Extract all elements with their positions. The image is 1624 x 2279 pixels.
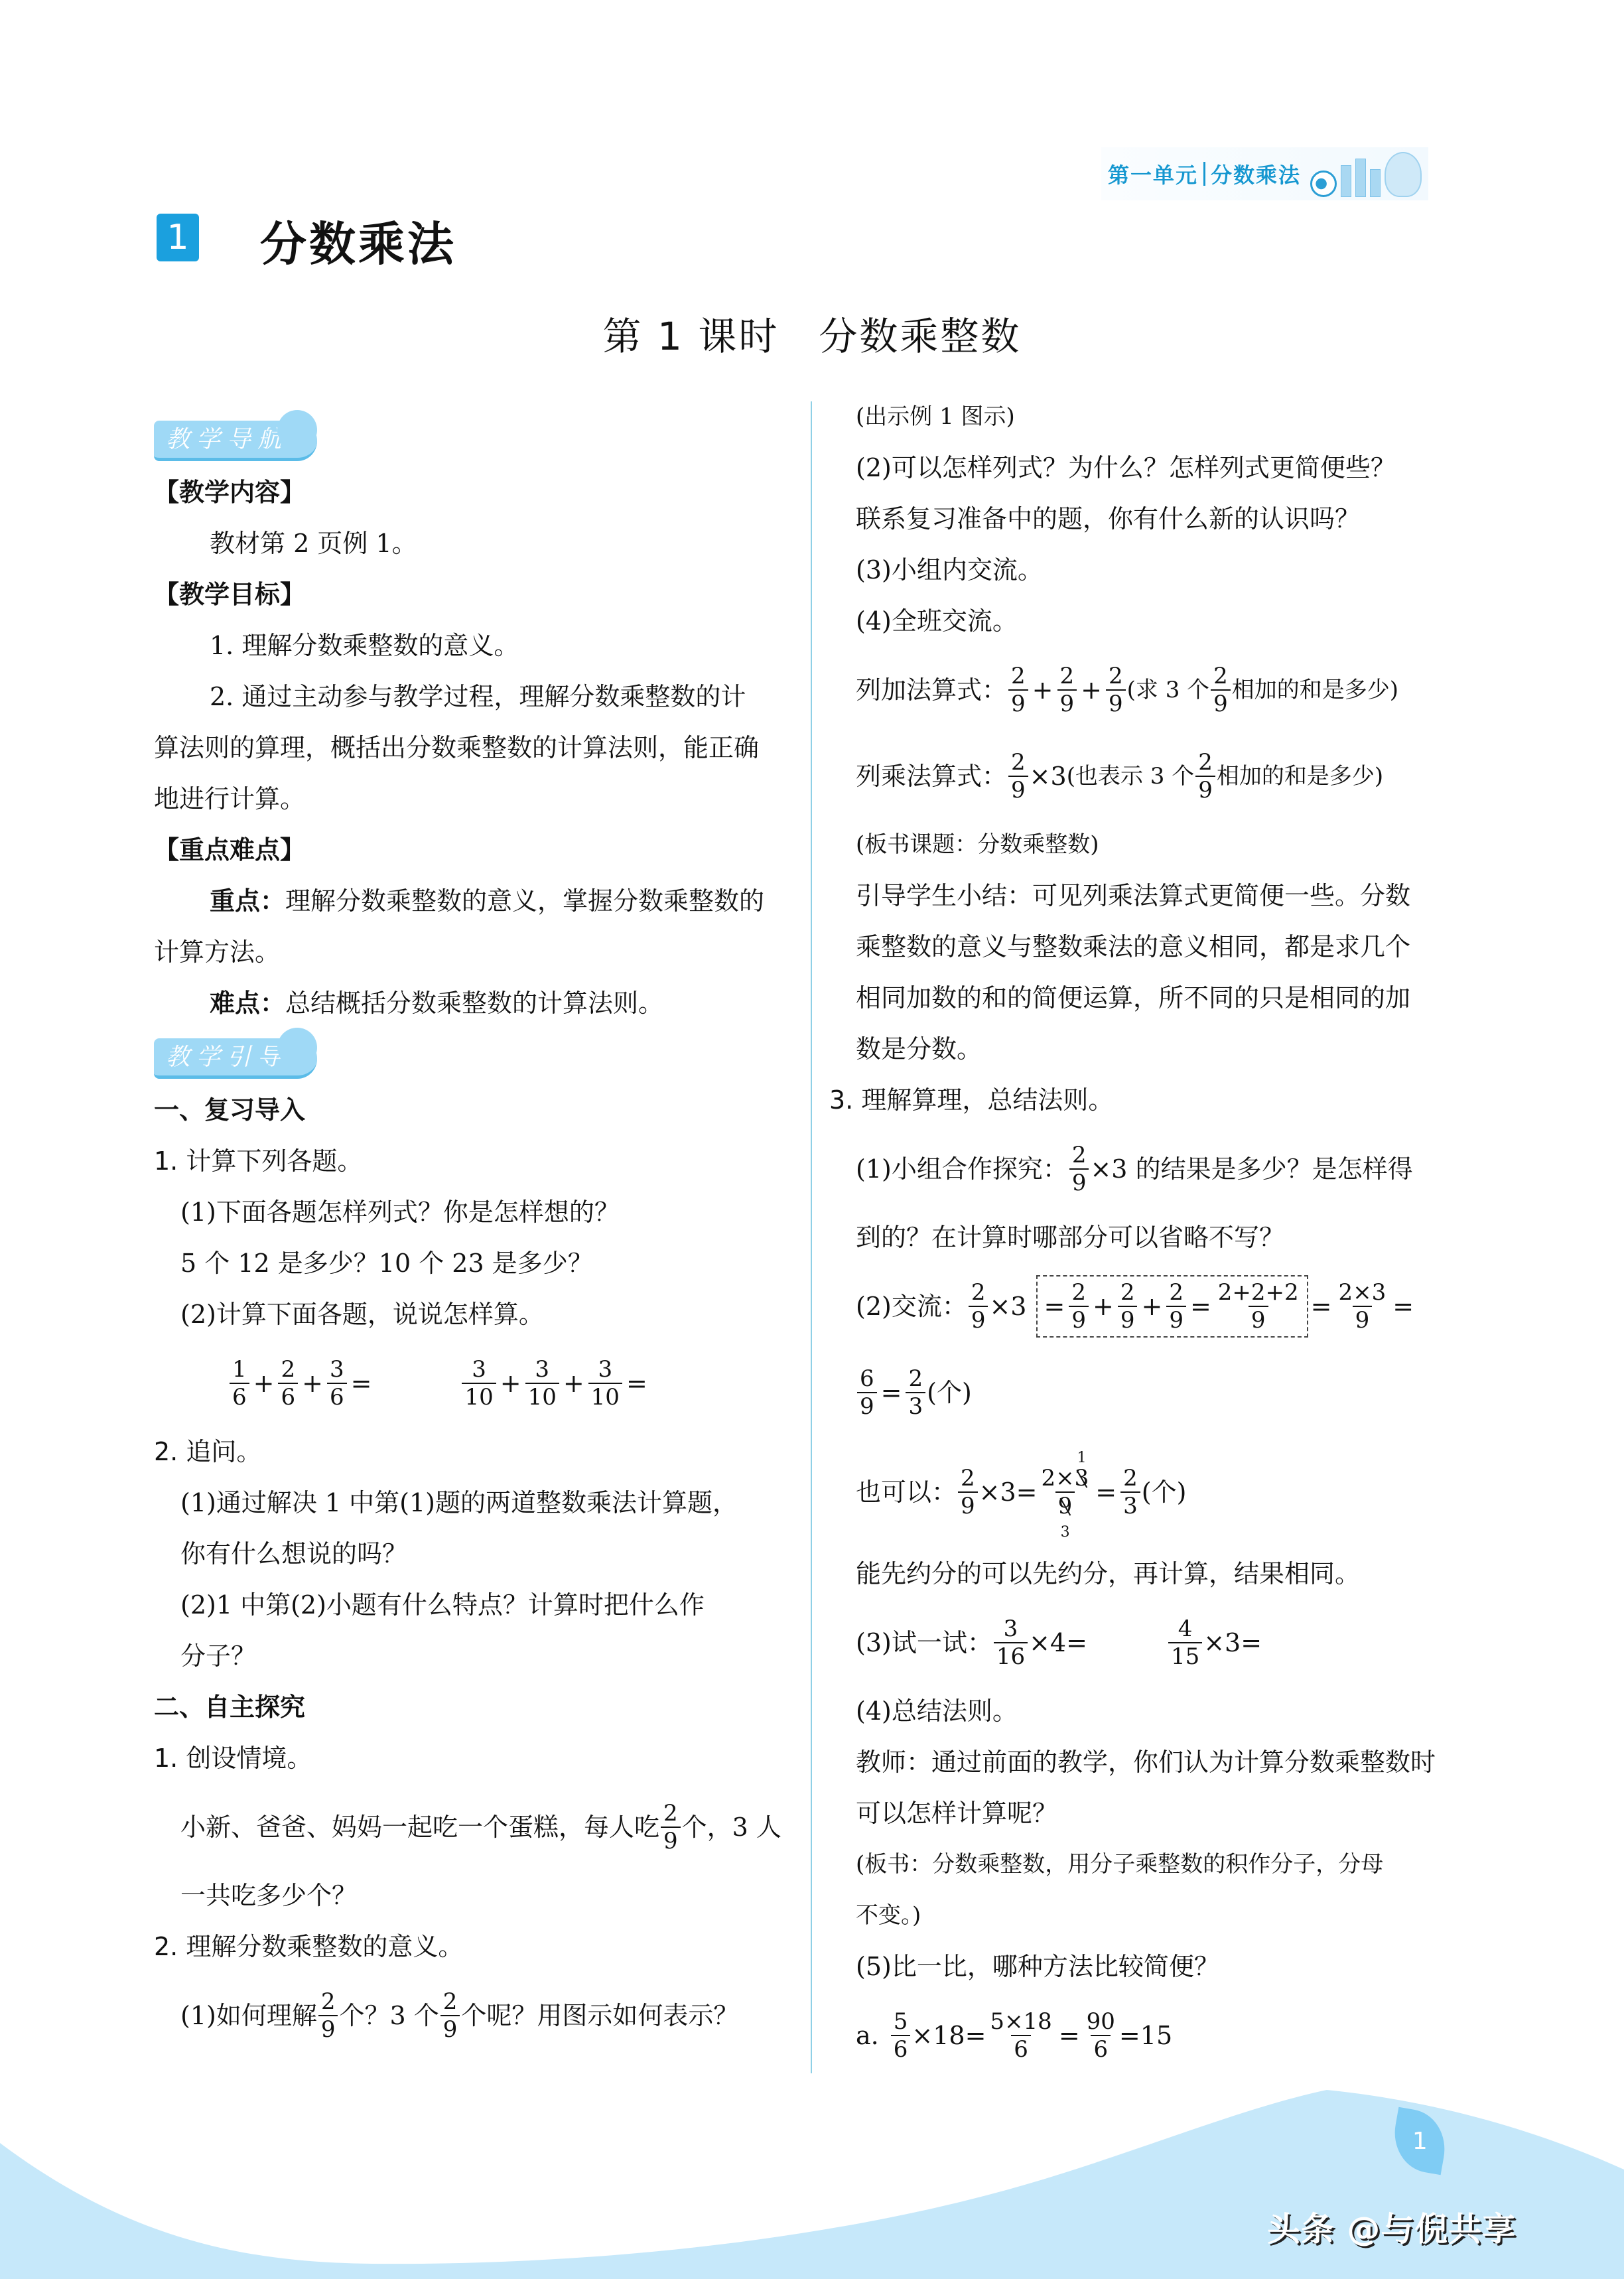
review-q2: (2)计算下面各题，说说怎样算。 bbox=[154, 1289, 801, 1340]
fraction: 29 bbox=[1195, 749, 1215, 803]
followup-q2-cont: 分子？ bbox=[154, 1631, 801, 1682]
addition-expression: 列加法算式： 29 + 29 + 29 (求 3 个 29 相加的和是多少) bbox=[856, 647, 1473, 733]
review-q1: (1)下面各题怎样列式？你是怎样想的？ bbox=[154, 1187, 801, 1238]
followup-q2: (2)1 中第(2)小题有什么特点？计算时把什么作 bbox=[154, 1580, 801, 1631]
fraction: 26 bbox=[278, 1356, 298, 1411]
watermark: 头条 @与倪共享 bbox=[1267, 2203, 1516, 2250]
r2-exchange: (2)交流： 29 ×3 = 29 + 29 + 29 = 2+2+29 = 2… bbox=[856, 1263, 1473, 1349]
unit-label: 第一单元 bbox=[1108, 159, 1198, 189]
multiplication-expression: 列乘法算式： 29 ×3 (也表示 3 个 29 相加的和是多少) bbox=[856, 733, 1473, 819]
fraction: 16 bbox=[230, 1356, 249, 1411]
books-icon bbox=[1355, 159, 1366, 197]
unit-topic: 分数乘法 bbox=[1211, 159, 1301, 189]
left-column: 教学导航 【教学内容】 教材第 2 页例 1。 【教学目标】 1. 理解分数乘整… bbox=[154, 411, 801, 2059]
fraction: 29 bbox=[1008, 749, 1028, 803]
summary: 引导学生小结：可见列乘法算式更简便一些。分数 bbox=[856, 870, 1473, 922]
fraction: 310 bbox=[525, 1356, 559, 1411]
lesson-title: 第 1 课时分数乘整数 bbox=[0, 305, 1624, 361]
fraction: 310 bbox=[588, 1356, 622, 1411]
followup-q1: (1)通过解决 1 中第(1)题的两道整数乘法计算题， bbox=[154, 1478, 801, 1529]
fraction: 29 bbox=[1106, 663, 1126, 717]
goal-2-cont: 地进行计算。 bbox=[154, 774, 801, 825]
fraction: 29 bbox=[1211, 663, 1231, 717]
summary-cont: 乘整数的意义与整数乘法的意义相同，都是求几个 bbox=[856, 922, 1473, 973]
summary-cont: 相同加数的和的简便运算，所不同的只是相同的加 bbox=[856, 973, 1473, 1024]
mascot-icon bbox=[1385, 152, 1422, 197]
item-3: 3. 理解算理，总结法则。 bbox=[829, 1075, 1473, 1126]
explore-item-1: 1. 创设情境。 bbox=[154, 1733, 801, 1784]
books-icon bbox=[1370, 169, 1381, 197]
unit-header: 第一单元 分数乘法 bbox=[1101, 147, 1428, 200]
header-decoration bbox=[1310, 151, 1422, 197]
section-review: 一、复习导入 bbox=[154, 1085, 801, 1136]
chapter-title: 分数乘法 bbox=[260, 207, 456, 274]
fraction: 29 bbox=[1069, 1142, 1089, 1196]
story-problem: 小新、爸爸、妈妈一起吃一个蛋糕，每人吃 29 个，3 人 bbox=[154, 1784, 801, 1870]
footer-wave bbox=[0, 2090, 1624, 2279]
q5: (5)比一比，哪种方法比较简便？ bbox=[856, 1941, 1473, 1992]
dashed-box: = 29 + 29 + 29 = 2+2+29 bbox=[1036, 1275, 1308, 1338]
show-figure-note: (出示例 1 图示) bbox=[856, 391, 1473, 443]
section-tag-teaching-guide: 教学导航 bbox=[154, 421, 317, 463]
key-point-cont: 计算方法。 bbox=[154, 927, 801, 978]
goal-2-cont: 算法则的算理，概括出分数乘整数的计算法则，能正确 bbox=[154, 723, 801, 774]
soccer-ball-icon bbox=[1310, 171, 1337, 197]
chapter-number-badge: 1 bbox=[157, 214, 199, 261]
board-rule: (板书：分数乘整数，用分子乘整数的积作分子，分母 bbox=[856, 1839, 1473, 1890]
heading-goals: 【教学目标】 bbox=[154, 569, 801, 620]
teacher-question: 教师：通过前面的教学，你们认为计算分数乘整数时 bbox=[856, 1737, 1473, 1788]
q3: (3)小组内交流。 bbox=[856, 545, 1473, 596]
summary-cont: 数是分数。 bbox=[856, 1024, 1473, 1075]
r2-result: 69 = 23 (个) bbox=[856, 1349, 1473, 1436]
difficult-point: 难点：总结概括分数乘整数的计算法则。 bbox=[154, 978, 801, 1029]
lesson-prefix: 第 1 课时 bbox=[603, 314, 779, 359]
fraction: 36 bbox=[327, 1356, 347, 1411]
board-title-note: (板书课题：分数乘整数) bbox=[856, 819, 1473, 870]
goal-1: 1. 理解分数乘整数的意义。 bbox=[154, 620, 801, 671]
section-explore: 二、自主探究 bbox=[154, 1682, 801, 1733]
teacher-question-cont: 可以怎样计算呢？ bbox=[856, 1788, 1473, 1839]
key-point: 重点：理解分数乘整数的意义，掌握分数乘整数的 bbox=[154, 876, 801, 927]
review-q1-text: 5 个 12 是多少？10 个 23 是多少？ bbox=[154, 1238, 801, 1289]
section-tag-teaching-lead: 教学引导 bbox=[154, 1038, 317, 1081]
goal-2: 2. 通过主动参与教学过程，理解分数乘整数的计 bbox=[154, 671, 801, 723]
fraction: 310 bbox=[462, 1356, 496, 1411]
q4: (4)全班交流。 bbox=[856, 596, 1473, 647]
books-icon bbox=[1341, 165, 1351, 197]
board-rule-cont: 不变。) bbox=[856, 1890, 1473, 1941]
q-rule: (4)总结法则。 bbox=[856, 1686, 1473, 1737]
fraction: 29 bbox=[1057, 663, 1077, 717]
r1-cont: 到的？在计算时哪部分可以省略不写？ bbox=[856, 1212, 1473, 1263]
header-divider bbox=[1203, 162, 1205, 186]
story-problem-cont: 一共吃多少个？ bbox=[154, 1870, 801, 1921]
review-expressions: 16 + 26 + 36 = 310 + 310 + 310 = bbox=[154, 1340, 801, 1426]
q2: (2)可以怎样列式？为什么？怎样列式更简便些？ bbox=[856, 443, 1473, 494]
page-number: 1 bbox=[1412, 2128, 1428, 2155]
q2-cont: 联系复习准备中的题，你有什么新的认识吗？ bbox=[856, 494, 1473, 545]
fraction: 29 bbox=[440, 1988, 460, 2043]
review-item-1: 1. 计算下列各题。 bbox=[154, 1136, 801, 1187]
right-column: (出示例 1 图示) (2)可以怎样列式？为什么？怎样列式更简便些？ 联系复习准… bbox=[856, 391, 1473, 2079]
explore-item-2: 2. 理解分数乘整数的意义。 bbox=[154, 1921, 801, 1972]
content-text: 教材第 2 页例 1。 bbox=[154, 518, 801, 569]
heading-key-points: 【重点难点】 bbox=[154, 825, 801, 876]
fraction: 29 bbox=[318, 1988, 338, 2043]
review-item-2: 2. 追问。 bbox=[154, 1426, 801, 1478]
lesson-name: 分数乘整数 bbox=[819, 314, 1021, 359]
alt-method: 也可以： 29 ×3= 2×31 93 = 23 (个) bbox=[856, 1436, 1473, 1549]
fraction: 29 bbox=[661, 1800, 681, 1854]
followup-q1-cont: 你有什么想说的吗？ bbox=[154, 1529, 801, 1580]
try-it: (3)试一试： 316 ×4= 415 ×3= bbox=[856, 1600, 1473, 1686]
heading-content: 【教学内容】 bbox=[154, 467, 801, 518]
r1: (1)小组合作探究： 29 ×3 的结果是多少？是怎样得 bbox=[856, 1126, 1473, 1212]
column-divider bbox=[811, 401, 812, 2073]
fraction: 29 bbox=[969, 1279, 988, 1334]
reduce-note: 能先约分的可以先约分，再计算，结果相同。 bbox=[856, 1549, 1473, 1600]
explore-q1: (1)如何理解 29 个？3 个 29 个呢？用图示如何表示？ bbox=[154, 1972, 801, 2059]
fraction: 29 bbox=[1008, 663, 1028, 717]
example-a: a. 56 ×18= 5×186 = 906 =15 bbox=[856, 1992, 1473, 2079]
